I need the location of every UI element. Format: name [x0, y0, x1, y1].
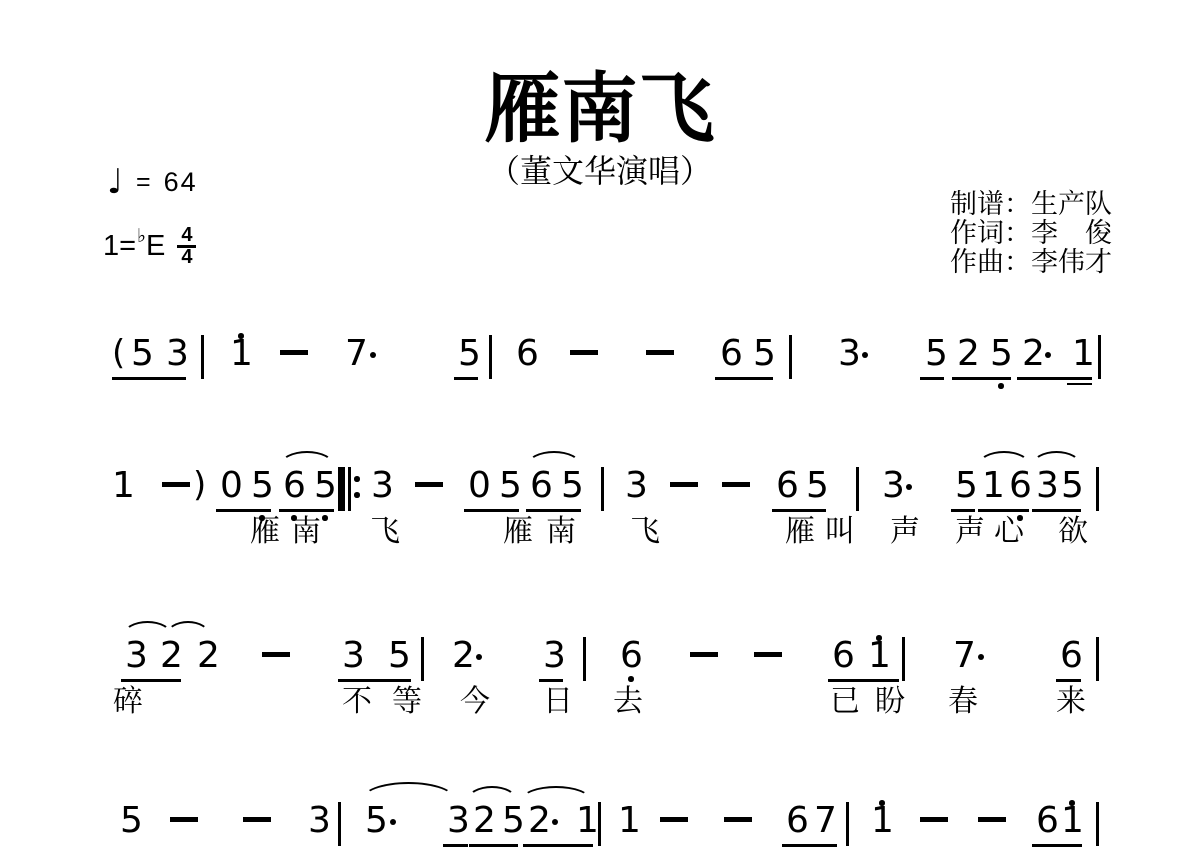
note: 3 [371, 468, 394, 504]
sheet-music-page: 雁南飞 （董文华演唱） ♩ = 64 1= ♭ E 4 4 制谱：生产队 作词：… [0, 0, 1200, 850]
dash-rest [243, 817, 271, 822]
beam-underline [978, 509, 1029, 512]
note: 1 [112, 468, 135, 504]
beam-underline [1056, 679, 1081, 682]
note: 5 [365, 803, 388, 839]
beam-underline [523, 844, 593, 847]
octave-dot-above [238, 333, 244, 339]
note: 0 [220, 468, 243, 504]
dash-rest [262, 652, 290, 657]
barline [856, 467, 859, 511]
note: 5 [502, 803, 525, 839]
lyric-char: 盼 [875, 686, 905, 718]
note: 5 [1061, 468, 1084, 504]
note: 2 [528, 803, 551, 839]
beam-underline [216, 509, 271, 512]
slur-arc [280, 451, 334, 465]
note: 6 [620, 638, 643, 674]
duration-dot [476, 654, 482, 660]
barline [902, 637, 905, 681]
note: 6 [1060, 638, 1083, 674]
dash-rest [646, 350, 674, 355]
note: 6 [1036, 803, 1059, 839]
barline [583, 637, 586, 681]
slur-arc [166, 621, 210, 635]
note: 6 [283, 468, 306, 504]
dash-rest [722, 482, 750, 487]
beam-underline [1017, 377, 1092, 380]
note: 5 [806, 468, 829, 504]
note: 7 [814, 803, 837, 839]
lyric-char: 飞 [370, 516, 400, 548]
note: 5 [131, 336, 154, 372]
lyric-char: 雁 [503, 516, 533, 548]
note: 7 [345, 336, 368, 372]
beam-underline [951, 509, 975, 512]
barline [1096, 637, 1099, 681]
dash-rest [670, 482, 698, 487]
note: 6 [776, 468, 799, 504]
repeat-sign-dot [354, 476, 360, 482]
octave-dot-above [1069, 800, 1075, 806]
barline [846, 802, 849, 846]
octave-dot-below [628, 676, 634, 682]
lyric-char: 欲 [1058, 516, 1088, 548]
dash-rest [660, 817, 688, 822]
duration-dot [978, 654, 984, 660]
note: 5 [251, 468, 274, 504]
lyric-char: 来 [1056, 686, 1086, 718]
note: 2 [473, 803, 496, 839]
note: 6 [516, 336, 539, 372]
lyric-char: 飞 [630, 516, 660, 548]
repeat-sign [338, 467, 345, 511]
slur-arc [521, 786, 591, 800]
score: (531756653525211)056530565365351635雁南飞雁南… [0, 0, 1200, 850]
beam-underline [952, 377, 1011, 380]
beam-underline [338, 679, 411, 682]
repeat-sign-dot [354, 492, 360, 498]
lyric-char: 春 [948, 686, 978, 718]
note: 5 [925, 336, 948, 372]
note: 6 [832, 638, 855, 674]
note: 5 [314, 468, 337, 504]
dash-rest [690, 652, 718, 657]
note: 3 [1036, 468, 1059, 504]
barline [601, 467, 604, 511]
note: 5 [955, 468, 978, 504]
note: 1 [230, 336, 253, 372]
note: 6 [786, 803, 809, 839]
octave-dot-above [879, 800, 885, 806]
repeat-sign-bar [348, 467, 351, 511]
note: 3 [838, 336, 861, 372]
beam-underline [454, 377, 478, 380]
note: 1 [618, 803, 641, 839]
note: 3 [882, 468, 905, 504]
barline [1096, 802, 1099, 846]
beam-underline [464, 509, 519, 512]
note: 5 [753, 336, 776, 372]
lyric-char: 雁 [785, 516, 815, 548]
note: 1 [1061, 803, 1084, 839]
note: 2 [452, 638, 475, 674]
note: 3 [543, 638, 566, 674]
beam-underline [715, 377, 773, 380]
note: 2 [197, 638, 220, 674]
slur-arc [361, 782, 456, 800]
beam-underline [782, 844, 837, 847]
note: 1 [982, 468, 1005, 504]
slur-arc [1032, 451, 1081, 465]
lyric-char: 等 [392, 686, 422, 718]
barline [1098, 335, 1101, 379]
beam-underline [279, 509, 334, 512]
barline [598, 802, 601, 846]
beam-underline-second [1067, 383, 1092, 386]
beam-underline [1032, 844, 1082, 847]
note: 5 [990, 336, 1013, 372]
note: 1 [868, 638, 891, 674]
note: 2 [160, 638, 183, 674]
lyric-char: 日 [543, 686, 573, 718]
dash-rest [162, 482, 190, 487]
beam-underline [920, 377, 944, 380]
octave-dot-below [322, 515, 328, 521]
lyric-char: 叫 [825, 516, 855, 548]
beam-underline [539, 679, 563, 682]
barline [338, 802, 341, 846]
note: 6 [1009, 468, 1032, 504]
note: 1 [1072, 336, 1095, 372]
note: 2 [1022, 336, 1045, 372]
duration-dot [862, 352, 868, 358]
note: 3 [625, 468, 648, 504]
lyric-char: 不 [342, 686, 372, 718]
barline [1096, 467, 1099, 511]
note: 5 [388, 638, 411, 674]
beam-underline [1032, 509, 1081, 512]
duration-dot [1045, 352, 1051, 358]
beam-underline [469, 844, 518, 847]
barline [421, 637, 424, 681]
duration-dot [906, 484, 912, 490]
note: 6 [530, 468, 553, 504]
barline [789, 335, 792, 379]
note: 2 [957, 336, 980, 372]
parenthesis: ) [193, 466, 206, 504]
note: 5 [120, 803, 143, 839]
octave-dot-below [998, 383, 1004, 389]
lyric-char: 雁 [250, 516, 280, 548]
lyric-char: 声 [890, 516, 920, 548]
note: 3 [447, 803, 470, 839]
note: 3 [342, 638, 365, 674]
slur-arc [978, 451, 1030, 465]
note: 1 [871, 803, 894, 839]
lyric-char: 碎 [113, 686, 143, 718]
note: 3 [166, 336, 189, 372]
beam-underline [772, 509, 826, 512]
dash-rest [724, 817, 752, 822]
lyric-char: 南 [546, 516, 576, 548]
lyric-char: 心 [994, 516, 1024, 548]
duration-dot [370, 352, 376, 358]
slur-arc [123, 621, 172, 635]
note: 6 [720, 336, 743, 372]
beam-underline [828, 679, 899, 682]
barline [489, 335, 492, 379]
lyric-char: 声 [955, 516, 985, 548]
note: 0 [468, 468, 491, 504]
dash-rest [978, 817, 1006, 822]
slur-arc [527, 451, 581, 465]
lyric-char: 去 [613, 686, 643, 718]
note: 5 [458, 336, 481, 372]
note: 1 [576, 803, 599, 839]
beam-underline [526, 509, 581, 512]
dash-rest [920, 817, 948, 822]
note: 3 [308, 803, 331, 839]
dash-rest [280, 350, 308, 355]
lyric-char: 已 [830, 686, 860, 718]
dash-rest [570, 350, 598, 355]
dash-rest [415, 482, 443, 487]
slur-arc [467, 786, 517, 800]
parenthesis: ( [112, 334, 125, 372]
note: 5 [561, 468, 584, 504]
beam-underline [443, 844, 468, 847]
octave-dot-above [876, 635, 882, 641]
beam-underline [112, 377, 186, 380]
beam-underline [121, 679, 181, 682]
lyric-char: 今 [460, 686, 490, 718]
dash-rest [754, 652, 782, 657]
note: 7 [953, 638, 976, 674]
lyric-char: 南 [291, 516, 321, 548]
note: 3 [125, 638, 148, 674]
duration-dot [390, 819, 396, 825]
duration-dot [552, 819, 558, 825]
barline [201, 335, 204, 379]
note: 5 [499, 468, 522, 504]
dash-rest [170, 817, 198, 822]
